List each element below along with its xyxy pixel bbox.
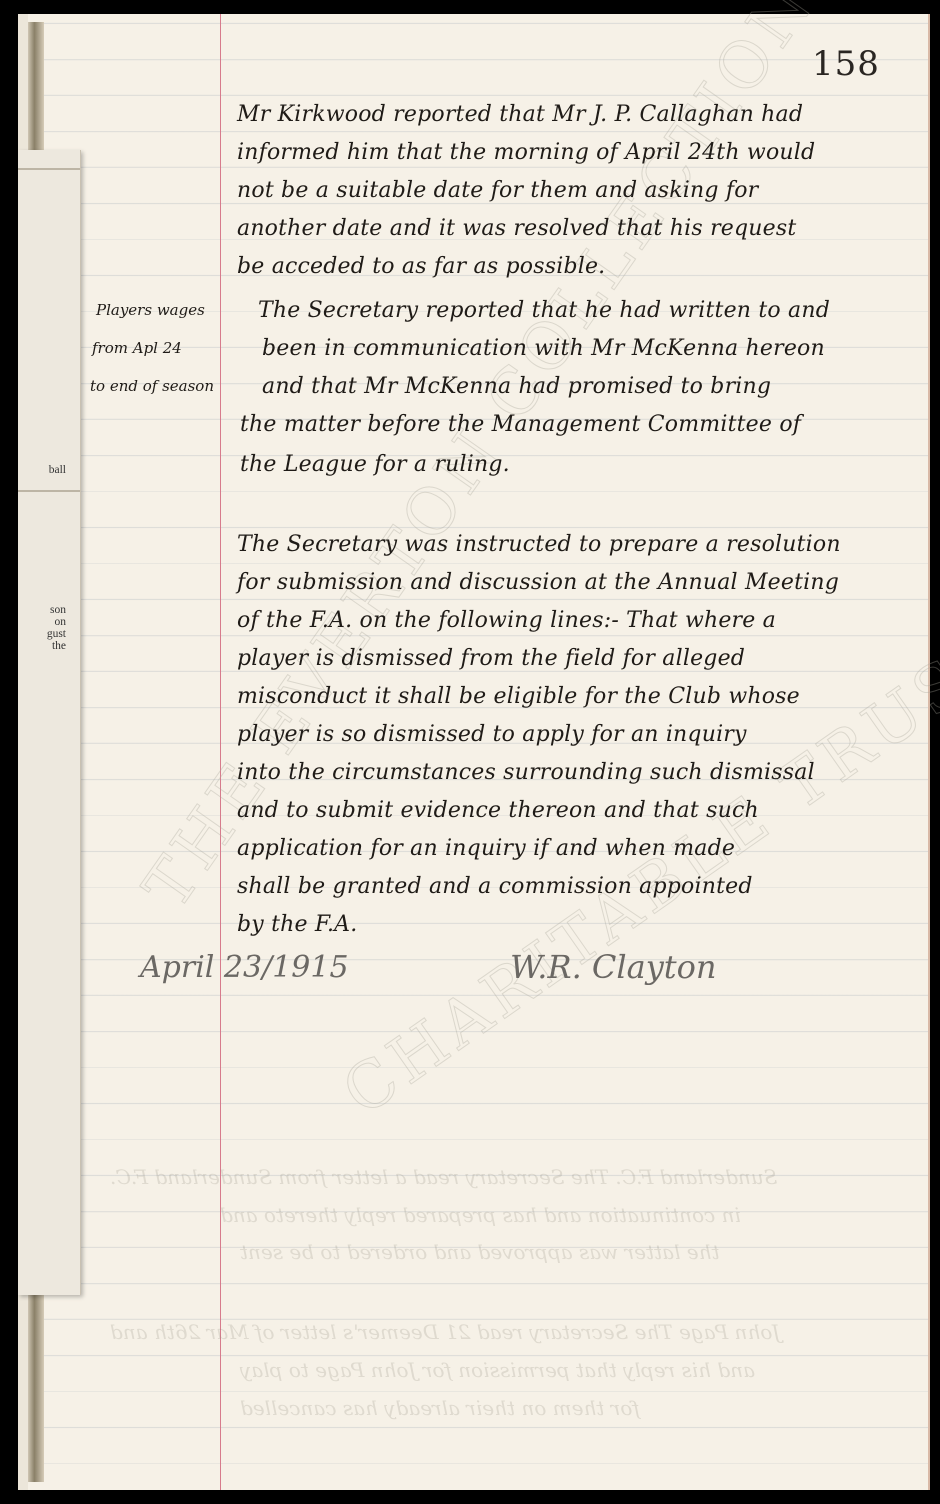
entry-3-line: and to submit evidence thereon and that …: [237, 798, 759, 823]
signature: W.R. Clayton: [510, 948, 717, 986]
insert-fold-line: [18, 490, 80, 492]
entry-3-line: by the F.A.: [237, 912, 357, 937]
entry-3-line: misconduct it shall be eligible for the …: [237, 684, 800, 709]
entry-1-line: another date and it was resolved that hi…: [237, 216, 796, 241]
insert-text-fragment: gust: [20, 628, 66, 640]
margin-note-line: Players wages: [96, 301, 205, 319]
entry-1-line: informed him that the morning of April 2…: [237, 140, 815, 165]
entry-1-line: be acceded to as far as possible.: [237, 254, 605, 279]
entry-3-line: player is dismissed from the field for a…: [237, 646, 745, 671]
entry-1-line: Mr Kirkwood reported that Mr J. P. Calla…: [237, 102, 803, 127]
entry-2-line: the matter before the Management Committ…: [240, 412, 801, 437]
margin-note-line: from Apl 24: [92, 339, 182, 357]
entry-1-line: not be a suitable date for them and aski…: [237, 178, 758, 203]
insert-fold-line: [18, 168, 80, 170]
bleed-through-text: for them on their already has cancelled: [240, 1396, 640, 1420]
bleed-through-text: John Page The Secretary read 21 Deemer's…: [110, 1320, 780, 1344]
entry-2-line: been in communication with Mr McKenna he…: [262, 336, 825, 361]
insert-text-fragment: son: [20, 604, 66, 616]
margin-note-line: to end of season: [90, 377, 214, 395]
entry-3-line: for submission and discussion at the Ann…: [237, 570, 839, 595]
bleed-through-text: Sunderland F.C. The Secretary read a let…: [110, 1165, 777, 1189]
page-number: 158: [812, 44, 880, 84]
entry-2-line: The Secretary reported that he had writt…: [258, 298, 830, 323]
insert-text-fragment: on: [20, 616, 66, 628]
bleed-through-text: and his reply that permission for John P…: [240, 1358, 755, 1382]
insert-text-fragment: the: [20, 640, 66, 652]
entry-3-line: into the circumstances surrounding such …: [237, 760, 815, 785]
entry-3-line: of the F.A. on the following lines:- Tha…: [237, 608, 776, 633]
entry-2-line: the League for a ruling.: [240, 452, 510, 477]
entry-3-line: shall be granted and a commission appoin…: [237, 874, 753, 899]
entry-3-line: application for an inquiry if and when m…: [237, 836, 735, 861]
entry-3-line: The Secretary was instructed to prepare …: [237, 532, 841, 557]
bleed-through-text: the latter was approved and ordered to b…: [240, 1240, 720, 1264]
insert-text-fragment: ball: [20, 464, 66, 476]
inserted-paper: [18, 150, 81, 1295]
entry-2-line: and that Mr McKenna had promised to brin…: [262, 374, 771, 399]
page-edge: [928, 14, 930, 1490]
signoff-date: April 23/1915: [140, 950, 349, 985]
bleed-through-text: in continuation and has prepared reply t…: [220, 1203, 741, 1227]
entry-3-line: player is so dismissed to apply for an i…: [237, 722, 747, 747]
